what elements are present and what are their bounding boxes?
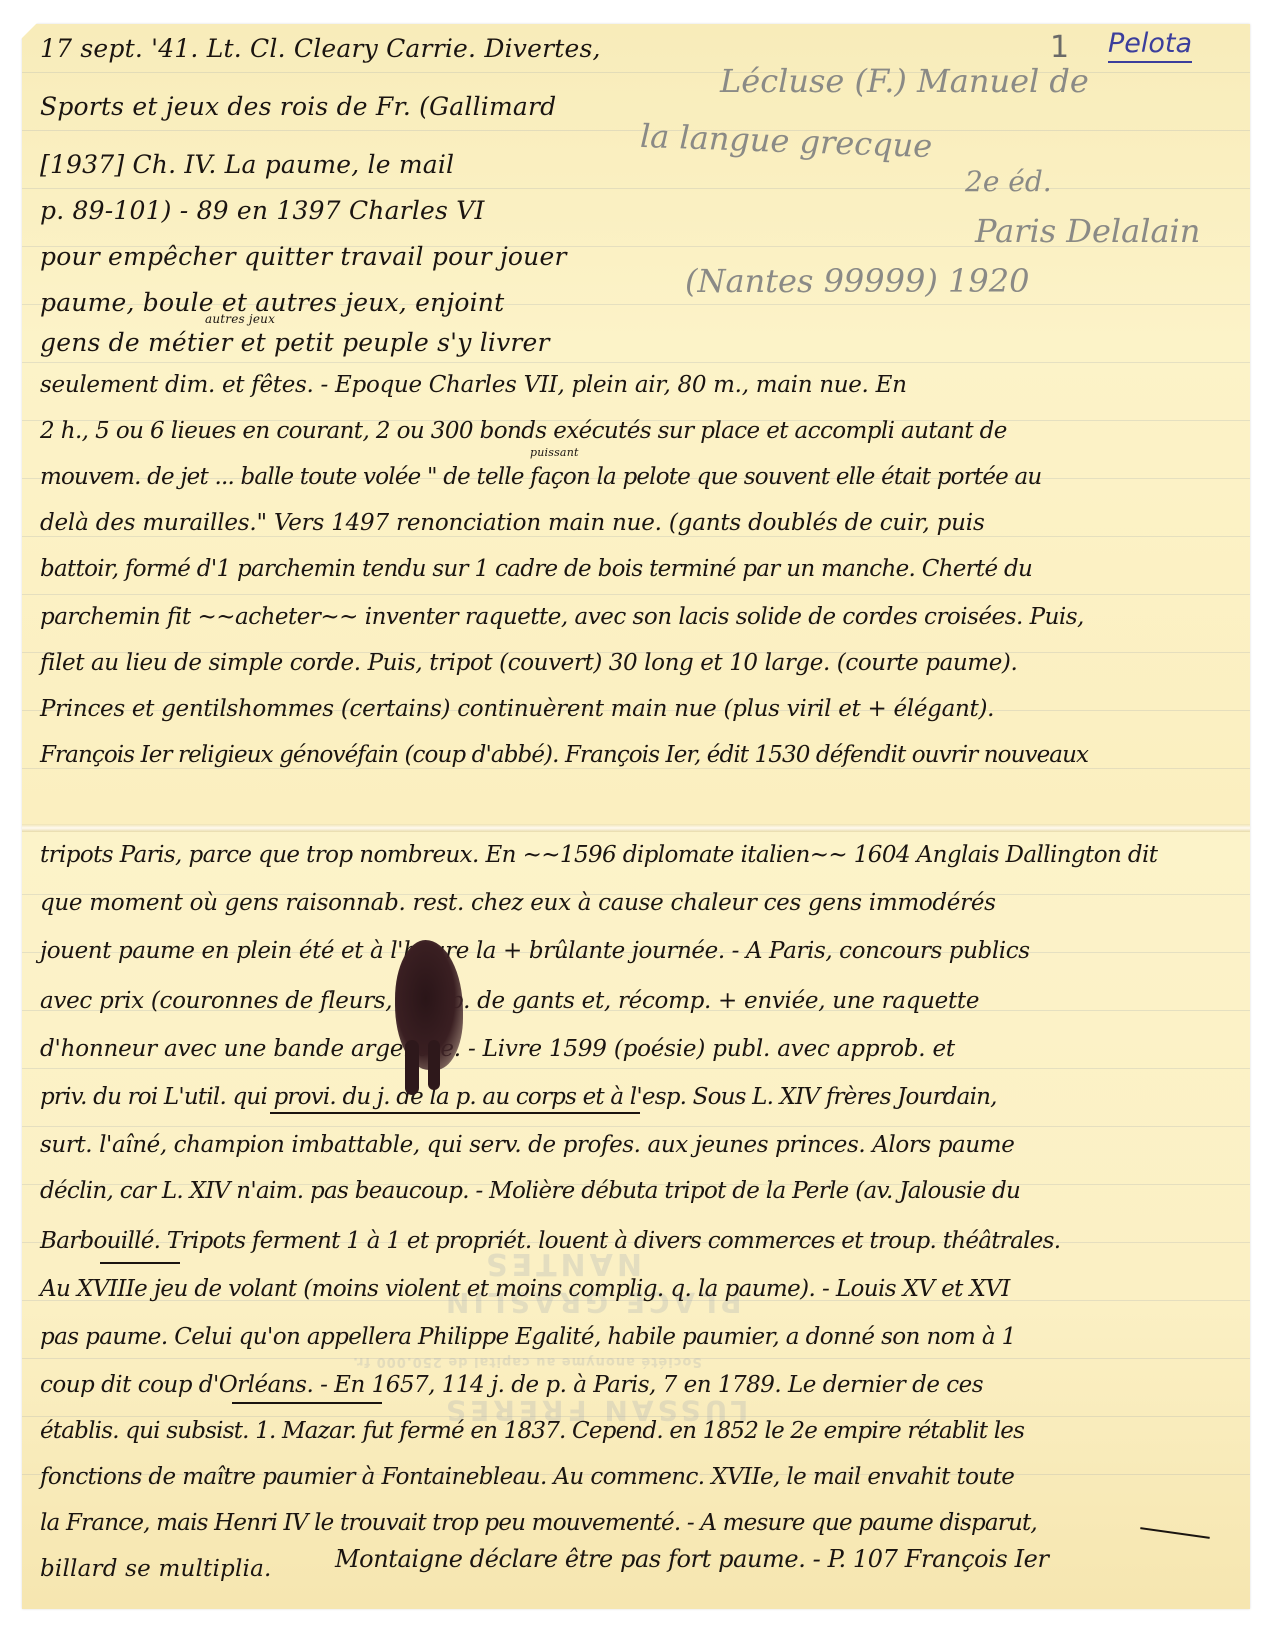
interlinear-insert: autres jeux — [205, 312, 275, 326]
manuscript-line: d'honneur avec une bande argentée. - Liv… — [40, 1036, 955, 1062]
manuscript-line: seulement dim. et fêtes. - Epoque Charle… — [40, 372, 907, 398]
underline-mark — [232, 1402, 382, 1404]
manuscript-line: filet au lieu de simple corde. Puis, tri… — [40, 650, 1017, 676]
ruled-line — [22, 188, 1250, 189]
manuscript-line: p. 89-101) - 89 en 1397 Charles VI — [40, 196, 485, 225]
pencil-note-line: Lécluse (F.) Manuel de — [720, 62, 1089, 100]
manuscript-line: surt. l'aîné, champion imbattable, qui s… — [40, 1132, 1014, 1158]
ruled-line — [22, 362, 1250, 363]
manuscript-line: billard se multiplia. — [40, 1556, 272, 1582]
ruled-line — [22, 130, 1250, 131]
manuscript-line: 2 h., 5 ou 6 lieues en courant, 2 ou 300… — [40, 418, 1007, 444]
ruled-line — [22, 1068, 1250, 1069]
closing-line: Montaigne déclare être pas fort paume. -… — [335, 1545, 1049, 1573]
manuscript-line: avec prix (couronnes de fleurs, une p. d… — [40, 988, 979, 1014]
manuscript-line: la France, mais Henri IV le trouvait tro… — [40, 1510, 1037, 1536]
manuscript-line: mouvem. de jet ... balle toute volée " d… — [40, 464, 1041, 490]
manuscript-line: Au XVIIIe jeu de volant (moins violent e… — [40, 1276, 1010, 1302]
pencil-note-line: (Nantes 99999) 1920 — [685, 262, 1029, 300]
manuscript-line: jouent paume en plein été et à l'heure l… — [40, 938, 1030, 964]
manuscript-line: parchemin fit ~~acheter~~ inventer raque… — [40, 604, 1084, 630]
ruled-line — [22, 1126, 1250, 1127]
manuscript-line: Sports et jeux des rois de Fr. (Gallimar… — [40, 92, 556, 121]
manuscript-line: fonctions de maître paumier à Fontainebl… — [40, 1464, 1014, 1490]
underline-mark — [100, 1262, 180, 1264]
subject-tag: Pelota — [1108, 28, 1192, 63]
page-number: 1 — [1050, 30, 1069, 65]
manuscript-line: gens de métier et petit peuple s'y livre… — [40, 328, 550, 357]
fold-crease — [22, 824, 1250, 832]
manuscript-line: [1937] Ch. IV. La paume, le mail — [40, 150, 454, 179]
underline-mark — [270, 1112, 640, 1114]
ink-drip — [405, 1040, 419, 1095]
manuscript-line: pas paume. Celui qu'on appellera Philipp… — [40, 1324, 1016, 1350]
torn-corner — [20, 22, 38, 40]
pencil-note-line: Paris Delalain — [975, 212, 1200, 250]
interlinear-insert: puissant — [530, 446, 579, 459]
ruled-line — [22, 768, 1250, 769]
manuscript-line: tripots Paris, parce que trop nombreux. … — [40, 842, 1157, 868]
manuscript-line: 17 sept. '41. Lt. Cl. Cleary Carrie. Div… — [40, 34, 601, 63]
manuscript-line: que moment où gens raisonnab. rest. chez… — [40, 890, 996, 916]
manuscript-line: delà des murailles." Vers 1497 renonciat… — [40, 510, 985, 536]
ruled-line — [22, 536, 1250, 537]
manuscript-line: battoir, formé d'1 parchemin tendu sur 1… — [40, 556, 1032, 582]
manuscript-line: établis. qui subsist. 1. Mazar. fut ferm… — [40, 1418, 1024, 1444]
ink-drip — [428, 1040, 440, 1090]
manuscript-line: coup dit coup d'Orléans. - En 1657, 114 … — [40, 1372, 983, 1398]
manuscript-line: Barbouillé. Tripots ferment 1 à 1 et pro… — [40, 1228, 1060, 1254]
manuscript-line: François Ier religieux génovéfain (coup … — [40, 742, 1088, 768]
pencil-note-line: 2e éd. — [965, 165, 1052, 198]
manuscript-line: pour empêcher quitter travail pour jouer — [40, 242, 567, 271]
show-through-stamp: Société anonyme au capital de 250.000 fr… — [352, 1354, 702, 1369]
ruled-line — [22, 594, 1250, 595]
manuscript-line: Princes et gentilshommes (certains) cont… — [40, 696, 994, 722]
manuscript-line: déclin, car L. XIV n'aim. pas beaucoup. … — [40, 1178, 1020, 1204]
manuscript-line: priv. du roi L'util. qui provi. du j. de… — [40, 1084, 997, 1110]
